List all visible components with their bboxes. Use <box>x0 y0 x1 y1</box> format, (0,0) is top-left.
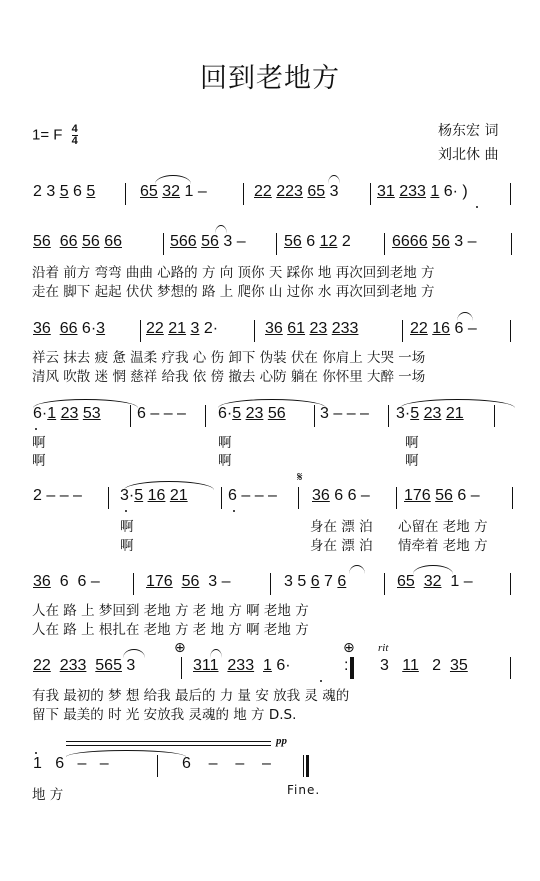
notation-line: 6·1 23 53 6 – – – 6·5 23 56 3 – – – 3·5 … <box>0 405 540 429</box>
lyrics-verse-1: 地 方 <box>32 783 63 803</box>
fine-marking: Fine. <box>287 783 320 797</box>
lyrics-verse-2: 走在 脚下 起起 伏伏 梦想的 路 上 爬你 山 过你 水 再次回到老地 方 <box>32 280 435 300</box>
lyrics-verse-2: 情牵着 老地 方 <box>398 534 488 554</box>
time-signature: 4 4 <box>72 124 78 147</box>
notation-line: 22 233 565 3 ⊕ 311 233 1 6· : ⊕ rit 3 11… <box>0 657 540 681</box>
lyric-ah: 啊 <box>405 449 419 469</box>
notation-line: 2 – – – 3·5 16 21 6 – – – 𝄋 36 6 6 – 176… <box>0 487 540 511</box>
lyrics-verse-1: 沿着 前方 弯弯 曲曲 心路的 方 向 顶你 天 踩你 地 再次回到老地 方 <box>32 261 435 281</box>
song-title: 回到老地方 <box>0 56 540 95</box>
coda-icon: ⊕ <box>174 639 186 656</box>
lyrics-verse-1: 有我 最初的 梦 想 给我 最后的 力 量 安 放我 灵 魂的 <box>32 684 349 704</box>
ritardando-marking: rit <box>378 642 388 654</box>
dynamic-pp: pp <box>276 735 287 747</box>
lyric-ah: 啊 <box>120 534 134 554</box>
coda-icon: ⊕ <box>343 639 355 656</box>
lyric-ah: 啊 <box>218 431 232 451</box>
notation-line: 36 6 6 – 176 56 3 – 3 5 6 7 6 65 32 1 – <box>0 573 540 597</box>
lyric-ah: 啊 <box>405 431 419 451</box>
decrescendo-hairpin-bottom <box>66 745 271 746</box>
segno-icon: 𝄋 <box>297 469 303 485</box>
lyrics-verse-2: 留下 最美的 时 光 安放我 灵魂的 地 方 D.S. <box>32 703 296 723</box>
decrescendo-hairpin-top <box>66 741 271 742</box>
lyricist-credit: 杨东宏 词 <box>438 120 498 140</box>
lyric-ah: 啊 <box>32 449 46 469</box>
lyrics-verse-2: 清风 吹散 迷 惘 慈祥 给我 依 傍 撤去 心防 躺在 你怀里 大醉 一场 <box>32 365 425 385</box>
notation-line: 36 66 6·3 22 21 3 2· 36 61 23 233 22 16 … <box>0 320 540 344</box>
notation-line: 2 3 5 6 5 65 32 1 – 22 223 65 3 31 233 1… <box>0 183 540 207</box>
notation-line: 56 66 56 66 566 56 3 – 56 6 12 2 6666 56… <box>0 233 540 257</box>
lyrics-verse-1: 身在 漂 泊 <box>310 515 373 535</box>
time-signature-denominator: 4 <box>72 136 78 147</box>
lyric-ah: 啊 <box>32 431 46 451</box>
key-signature: 1= F 4 4 <box>32 124 78 147</box>
lyrics-verse-1: 心留在 老地 方 <box>398 515 488 535</box>
key-label: 1= F <box>32 126 62 143</box>
notation-line: 1 6 – – 6 – – – <box>0 755 540 779</box>
lyric-ah: 啊 <box>120 515 134 535</box>
lyrics-verse-1: 祥云 抹去 疲 惫 温柔 疗我 心 伤 卸下 伪装 伏在 你肩上 大哭 一场 <box>32 346 425 366</box>
lyrics-verse-2: 身在 漂 泊 <box>310 534 373 554</box>
composer-credit: 刘北休 曲 <box>438 144 498 164</box>
lyrics-verse-1: 人在 路 上 梦回到 老地 方 老 地 方 啊 老地 方 <box>32 599 309 619</box>
lyric-ah: 啊 <box>218 449 232 469</box>
lyrics-verse-2: 人在 路 上 根扎在 老地 方 老 地 方 啊 老地 方 <box>32 618 309 638</box>
